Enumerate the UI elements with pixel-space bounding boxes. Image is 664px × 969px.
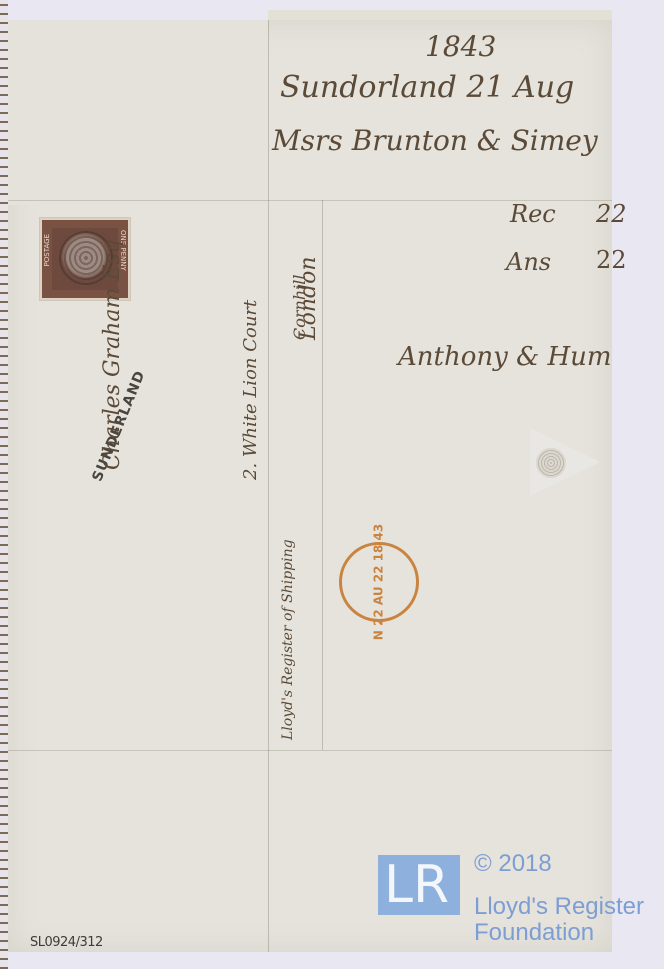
org-name-line2: Foundation	[474, 919, 594, 947]
letter-sender: Msrs Brunton & Simey	[272, 124, 598, 157]
received-value: 22	[596, 200, 627, 228]
letter-place-date: Sundorland 21 Aug	[280, 70, 574, 105]
lr-logo: LR	[378, 855, 460, 915]
letter-flap	[8, 20, 268, 205]
lr-logo-text: LR	[384, 855, 449, 915]
postmark-date: N 22 AU 22 18 43	[373, 524, 386, 640]
seal-impression	[536, 448, 566, 478]
archive-reference: SL0924/312	[30, 935, 103, 950]
answered-label: Ans	[506, 248, 551, 276]
fold-line	[322, 200, 323, 750]
spiral-binding	[0, 0, 8, 969]
answered-value: 22	[596, 246, 627, 274]
docket-note: Lloyd's Register of Shipping	[280, 539, 296, 740]
letter-year: 1843	[425, 30, 496, 63]
paper-top-edge	[268, 10, 612, 20]
address-city: London	[296, 256, 321, 340]
stamp-left-text: POSTAGE	[43, 234, 51, 266]
org-name-line1: Lloyd's Register	[474, 893, 644, 921]
received-label: Rec	[510, 200, 556, 228]
copyright-text: © 2018	[474, 850, 552, 878]
address-name: Charles Graham Esq	[100, 239, 125, 470]
signature-note: Anthony & Hum	[398, 342, 612, 372]
fold-line	[8, 750, 612, 751]
address-street: 2. White Lion Court	[240, 300, 261, 480]
fold-line	[268, 20, 269, 952]
london-postmark: N 22 AU 22 18 43	[339, 542, 419, 622]
